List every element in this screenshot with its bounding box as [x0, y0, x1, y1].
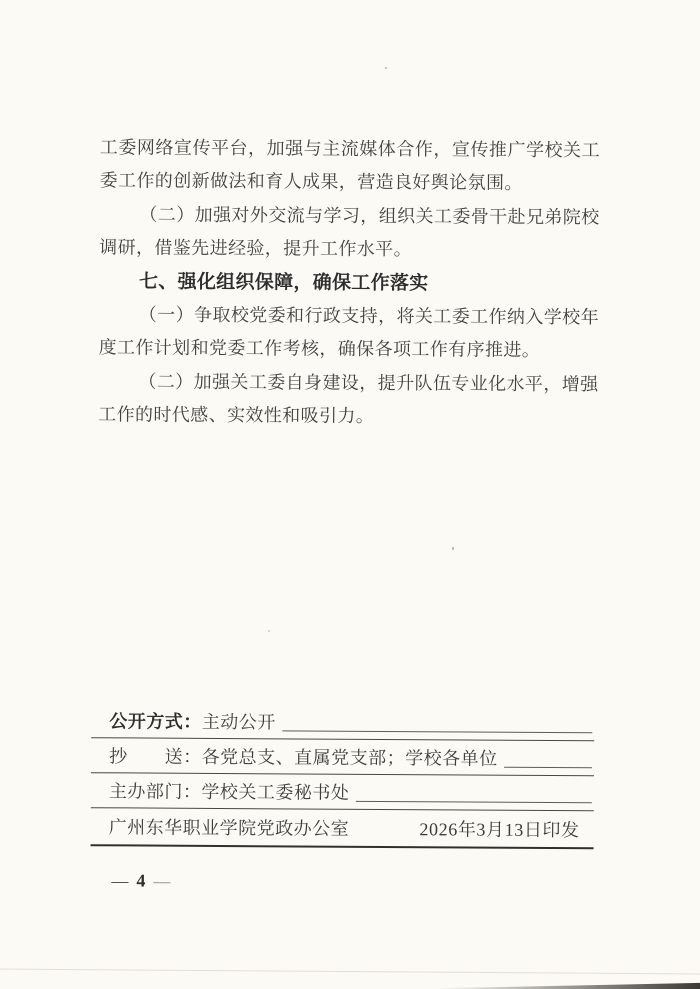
body-line: （一）争取校党委和行政支持，将关工委工作纳入学校年	[99, 298, 599, 334]
body-line: 调研，借鉴先进经验，提升工作水平。	[99, 231, 599, 267]
scan-speck	[452, 547, 454, 550]
scan-speck	[268, 630, 270, 632]
page-number-value: 4	[136, 870, 146, 890]
issue-date: 2026年3月13日印发	[419, 815, 593, 842]
publicity-value: 主动公开	[202, 708, 276, 734]
page-number-dash-left: —	[111, 871, 129, 890]
footer-row-publicity: 公开方式： 主动公开	[91, 703, 594, 741]
page-content: 工委网络宣传平台，加强与主流媒体合作，宣传推广学校关工 委工作的创新做法和育人成…	[0, 0, 700, 989]
document-body: 工委网络宣传平台，加强与主流媒体合作，宣传推广学校关工 委工作的创新做法和育人成…	[98, 131, 600, 435]
body-line: （二）加强关工委自身建设，提升队伍专业化水平，增强	[98, 365, 598, 401]
page-number-dash-right: —	[153, 872, 171, 891]
footer-row-issuer: 广州东华职业学院党政办公室 2026年3月13日印发	[91, 808, 594, 849]
body-line: 度工作计划和党委工作考核，确保各项工作有序推进。	[99, 332, 599, 368]
copy-to-label: 抄 送：	[109, 742, 202, 769]
page-number: —4—	[111, 870, 171, 891]
publicity-label: 公开方式：	[109, 707, 202, 734]
organizer-value: 学校关工委秘书处	[201, 778, 349, 805]
footer-row-organizer: 主办部门： 学校关工委秘书处	[91, 773, 594, 811]
body-line: 工委网络宣传平台，加强与主流媒体合作，宣传推广学校关工	[100, 131, 600, 167]
blank-underline	[282, 730, 593, 733]
organizer-label: 主办部门：	[109, 777, 202, 804]
blank-underline	[504, 767, 593, 769]
body-line: 工作的时代感、实效性和吸引力。	[98, 398, 598, 434]
section-heading: 七、强化组织保障，确保工作落实	[99, 265, 599, 301]
copy-to-value: 各党总支、直属党支部；学校各单位	[202, 743, 498, 771]
body-line: （二）加强对外交流与学习，组织关工委骨干赴兄弟院校	[99, 198, 599, 234]
body-line: 委工作的创新做法和育人成果，营造良好舆论氛围。	[100, 165, 600, 201]
issuer-org: 广州东华职业学院党政办公室	[109, 813, 350, 840]
blank-underline	[355, 801, 592, 803]
scan-speck	[385, 67, 387, 69]
document-footer: 公开方式： 主动公开 抄 送： 各党总支、直属党支部；学校各单位 主办部门： 学…	[91, 703, 595, 849]
scanned-document-page: 工委网络宣传平台，加强与主流媒体合作，宣传推广学校关工 委工作的创新做法和育人成…	[0, 0, 700, 989]
footer-row-copy-to: 抄 送： 各党总支、直属党支部；学校各单位	[91, 738, 594, 776]
